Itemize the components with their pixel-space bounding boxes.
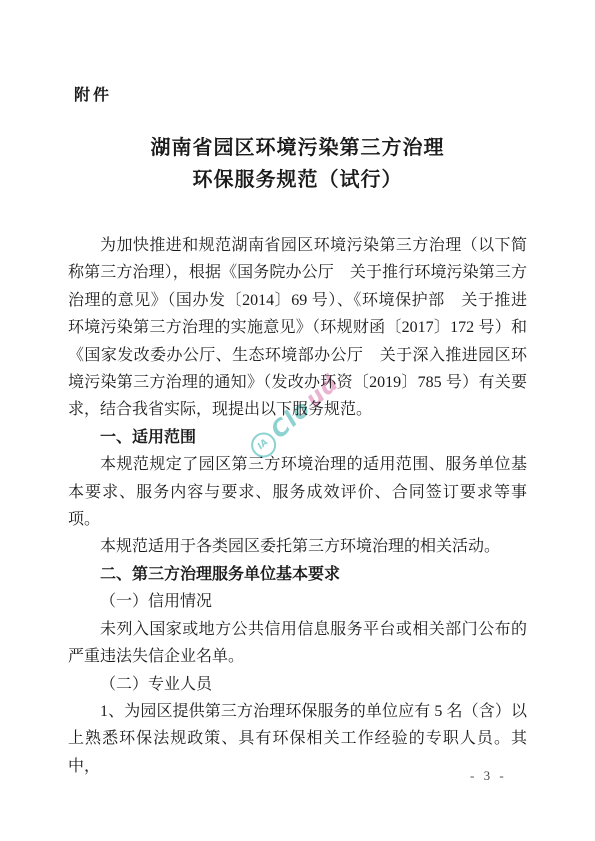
document-page: 附件 湖南省园区环境污染第三方治理 环保服务规范（试行） 为加快推进和规范湖南省… — [0, 0, 595, 841]
document-title-line1: 湖南省园区环境污染第三方治理 — [68, 132, 527, 164]
intro-paragraph: 为加快推进和规范湖南省园区环境污染第三方治理（以下简称第三方治理），根据《国务院… — [68, 232, 527, 424]
subsection-heading-personnel: （二）专业人员 — [68, 671, 527, 698]
document-body: 为加快推进和规范湖南省园区环境污染第三方治理（以下简称第三方治理），根据《国务院… — [68, 232, 527, 780]
scope-paragraph-1: 本规范规定了园区第三方环境治理的适用范围、服务单位基本要求、服务内容与要求、服务… — [68, 451, 527, 533]
attachment-label: 附件 — [74, 86, 527, 106]
subsection-heading-credit: （一）信用情况 — [68, 588, 527, 615]
section-heading-scope: 一、适用范围 — [68, 424, 527, 451]
scope-paragraph-2: 本规范适用于各类园区委托第三方环境治理的相关活动。 — [68, 533, 527, 560]
credit-paragraph: 未列入国家或地方公共信用信息服务平台或相关部门公布的严重违法失信企业名单。 — [68, 616, 527, 671]
document-title-line2: 环保服务规范（试行） — [68, 164, 527, 196]
page-number: - 3 - — [470, 768, 507, 784]
document-title: 湖南省园区环境污染第三方治理 环保服务规范（试行） — [68, 132, 527, 196]
personnel-paragraph: 1、为园区提供第三方治理环保服务的单位应有 5 名（含）以上熟悉环保法规政策、具… — [68, 698, 527, 780]
section-heading-requirements: 二、第三方治理服务单位基本要求 — [68, 561, 527, 588]
